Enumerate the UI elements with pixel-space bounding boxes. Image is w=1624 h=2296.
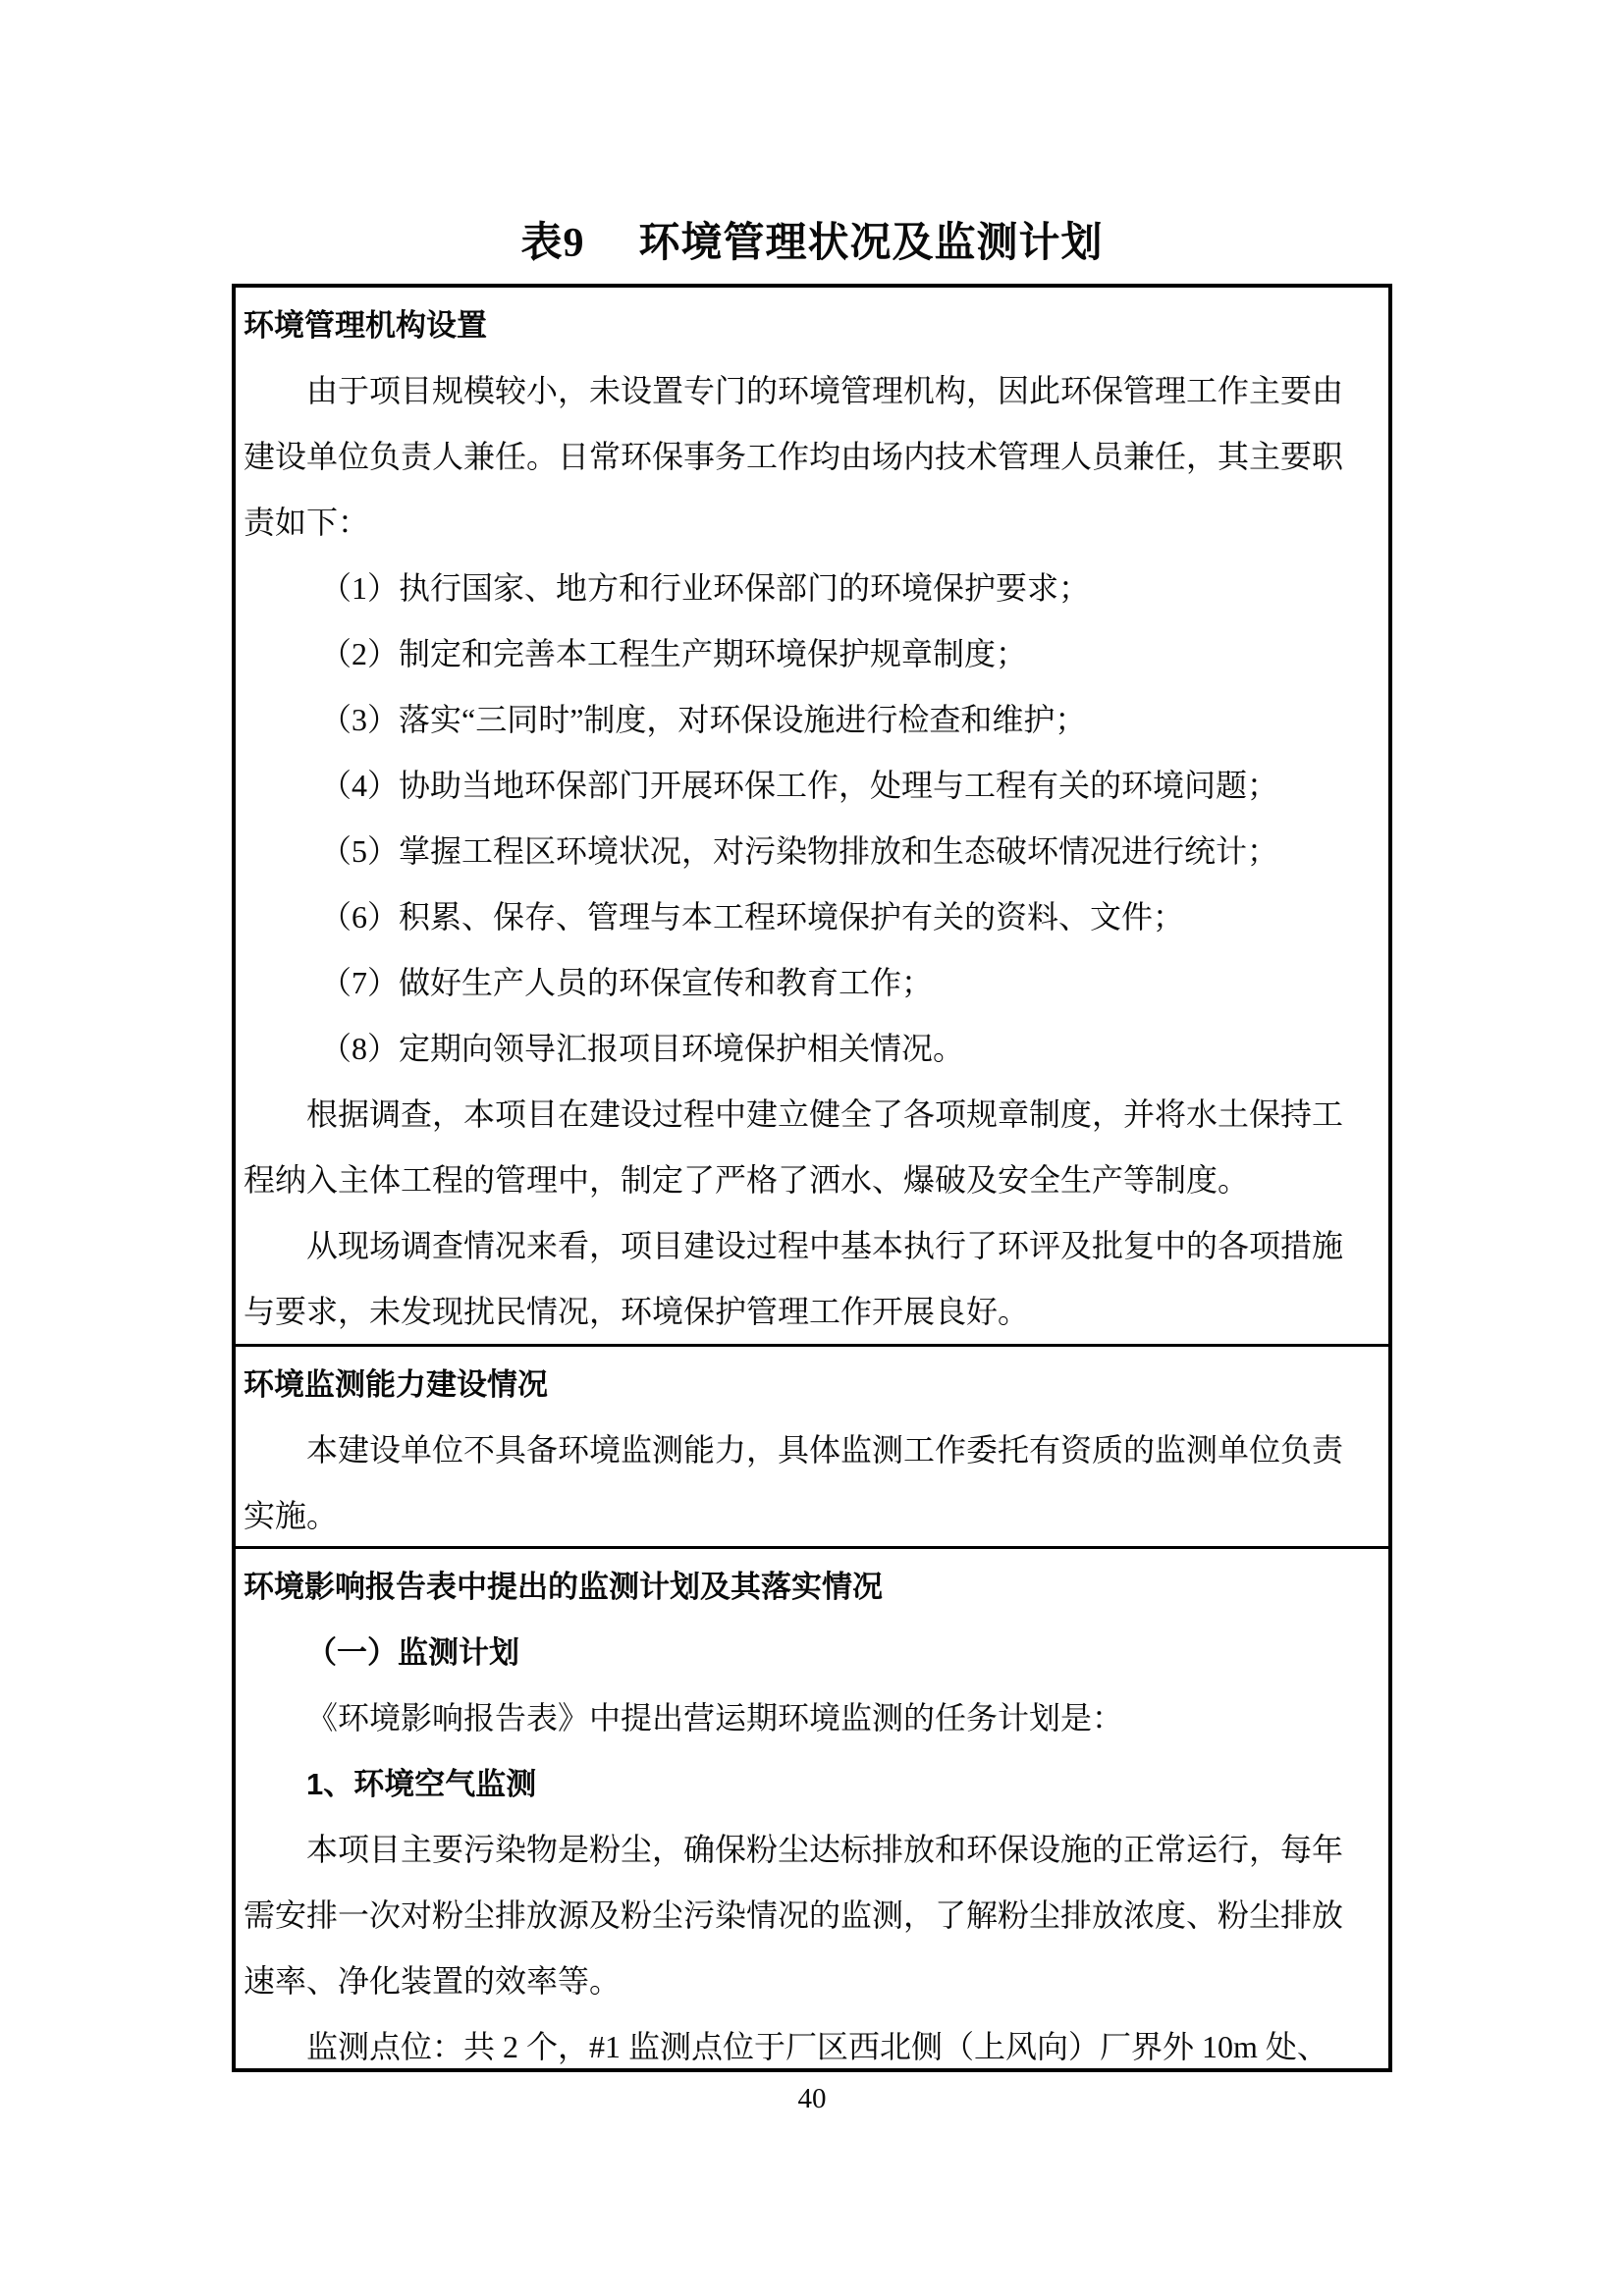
section-header: 环境影响报告表中提出的监测计划及其落实情况 <box>244 1554 1377 1620</box>
text-line: 监测点位：共 2 个，#1 监测点位于厂区西北侧（上风向）厂界外 10m 处、 <box>244 2014 1377 2068</box>
section-header: 环境管理机构设置 <box>244 293 1377 358</box>
text-line: 实施。 <box>244 1483 1377 1546</box>
subsection-heading: 1、环境空气监测 <box>244 1751 1377 1817</box>
document-page: 表9环境管理状况及监测计划 环境管理机构设置 由于项目规模较小，未设置专门的环境… <box>0 0 1624 2296</box>
text-line: 程纳入主体工程的管理中，制定了严格了洒水、爆破及安全生产等制度。 <box>244 1148 1377 1213</box>
list-item: （7）做好生产人员的环保宣传和教育工作； <box>244 950 1377 1016</box>
table-number-label: 表9 <box>520 221 584 266</box>
list-item: （1）执行国家、地方和行业环保部门的环境保护要求； <box>244 556 1377 621</box>
text-line: 由于项目规模较小，未设置专门的环境管理机构，因此环保管理工作主要由 <box>244 358 1377 424</box>
section-header: 环境监测能力建设情况 <box>244 1352 1377 1417</box>
text-line: 与要求，未发现扰民情况，环境保护管理工作开展良好。 <box>244 1279 1377 1344</box>
report-table: 环境管理机构设置 由于项目规模较小，未设置专门的环境管理机构，因此环保管理工作主… <box>232 284 1392 2072</box>
list-item: （2）制定和完善本工程生产期环境保护规章制度； <box>244 621 1377 687</box>
list-item: （8）定期向领导汇报项目环境保护相关情况。 <box>244 1016 1377 1082</box>
text-line: 速率、净化装置的效率等。 <box>244 1949 1377 2014</box>
document-title-text: 环境管理状况及监测计划 <box>639 221 1104 266</box>
subsection-heading: （一）监测计划 <box>244 1620 1377 1685</box>
page-number: 40 <box>0 2083 1624 2115</box>
list-item: （4）协助当地环保部门开展环保工作，处理与工程有关的环境问题； <box>244 753 1377 819</box>
text-line: 《环境影响报告表》中提出营运期环境监测的任务计划是： <box>244 1685 1377 1751</box>
text-line: 从现场调查情况来看，项目建设过程中基本执行了环评及批复中的各项措施 <box>244 1213 1377 1279</box>
section-monitoring-capability: 环境监测能力建设情况 本建设单位不具备环境监测能力，具体监测工作委托有资质的监测… <box>236 1344 1388 1546</box>
document-title: 表9环境管理状况及监测计划 <box>0 210 1624 269</box>
text-line: 需安排一次对粉尘排放源及粉尘污染情况的监测，了解粉尘排放浓度、粉尘排放 <box>244 1883 1377 1949</box>
section-monitoring-plan: 环境影响报告表中提出的监测计划及其落实情况 （一）监测计划 《环境影响报告表》中… <box>236 1546 1388 2068</box>
list-item: （3）落实“三同时”制度，对环保设施进行检查和维护； <box>244 687 1377 753</box>
section-management-setup: 环境管理机构设置 由于项目规模较小，未设置专门的环境管理机构，因此环保管理工作主… <box>236 288 1388 1344</box>
text-line: 责如下： <box>244 490 1377 556</box>
list-item: （6）积累、保存、管理与本工程环境保护有关的资料、文件； <box>244 884 1377 950</box>
text-line: 本建设单位不具备环境监测能力，具体监测工作委托有资质的监测单位负责 <box>244 1417 1377 1483</box>
list-item: （5）掌握工程区环境状况，对污染物排放和生态破坏情况进行统计； <box>244 819 1377 884</box>
text-line: 建设单位负责人兼任。日常环保事务工作均由场内技术管理人员兼任，其主要职 <box>244 424 1377 490</box>
text-line: 本项目主要污染物是粉尘，确保粉尘达标排放和环保设施的正常运行，每年 <box>244 1817 1377 1883</box>
text-line: 根据调查，本项目在建设过程中建立健全了各项规章制度，并将水土保持工 <box>244 1082 1377 1148</box>
